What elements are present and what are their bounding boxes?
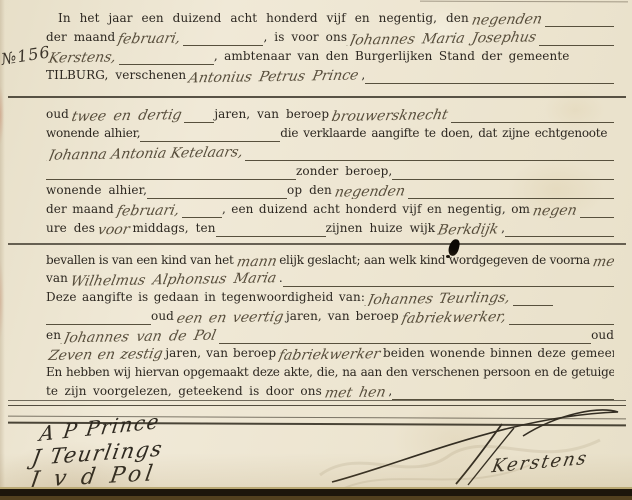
blank-rule xyxy=(46,166,296,180)
handwritten-text: februari, xyxy=(112,202,183,218)
document-line: Johanna Antonia Ketelaars, xyxy=(46,142,614,161)
printed-text: op den xyxy=(287,181,332,199)
handwritten-text: men xyxy=(588,254,614,269)
blank-rule xyxy=(509,311,614,325)
printed-text: en xyxy=(46,326,61,344)
blank-rule xyxy=(545,13,614,27)
document-line: Kerstens,, ambtenaar van den Burgerlijke… xyxy=(46,46,614,65)
handwritten-text: negenden xyxy=(467,11,546,27)
printed-text: gegeven de voorna xyxy=(479,251,590,269)
handwritten-text: mann xyxy=(232,254,281,269)
document-line: wonende alhier,die verklaarde aangifte t… xyxy=(46,123,614,142)
printed-text: beiden wonende binnen deze gemeente. xyxy=(383,344,614,362)
blank-rule xyxy=(184,109,214,123)
blank-rule xyxy=(183,32,263,46)
printed-text: oud xyxy=(151,307,174,325)
handwritten-text: voor xyxy=(93,222,134,237)
printed-text: bevallen is van een kind van het xyxy=(46,251,234,269)
printed-text: jaren, van beroep xyxy=(286,307,399,325)
printed-text: jaren, van beroep xyxy=(214,105,329,123)
document-line: der maandfebruari,, een duizend acht hon… xyxy=(46,199,614,218)
blank-rule xyxy=(513,292,553,306)
blank-rule xyxy=(392,166,614,180)
blank-rule xyxy=(119,51,214,65)
handwritten-text: Zeven en zestig xyxy=(46,346,167,362)
handwritten-text: fabriekwerker, xyxy=(397,309,510,325)
blank-rule xyxy=(580,204,614,218)
handwritten-text: Johanna Antonia Ketelaars, xyxy=(46,144,247,161)
document-line: En hebben wij hiervan opgemaakt deze akt… xyxy=(46,362,614,381)
blank-rule xyxy=(46,311,151,325)
printed-text: der maand xyxy=(46,28,115,46)
blank-rule xyxy=(182,204,222,218)
blank-rule xyxy=(451,109,614,123)
printed-text: , een duizend acht honderd vijf en negen… xyxy=(222,200,530,218)
handwritten-text: Johannes Teurlings, xyxy=(363,290,514,306)
printed-text: ure des xyxy=(46,219,95,237)
blank-rule xyxy=(245,147,614,161)
ink-blot-dot xyxy=(446,255,450,258)
printed-text: In het jaar een duizend acht honderd vij… xyxy=(58,9,469,27)
birth-certificate-scan: №156 In het jaar een duizend acht honder… xyxy=(0,0,632,500)
printed-text: der maand xyxy=(46,200,114,218)
document-line: wonende alhier,op dennegenden xyxy=(46,180,614,199)
page-bottom-shadow xyxy=(0,453,632,487)
printed-text: , ambtenaar van den Burgerlijken Stand d… xyxy=(214,47,570,65)
printed-text: van xyxy=(46,269,68,287)
blank-rule xyxy=(365,70,614,84)
document-line: Zeven en zestigjaren, van beroepfabriekw… xyxy=(46,343,614,362)
handwritten-text: negenden xyxy=(330,183,409,199)
document-line: bevallen is van een kind van hetmannelij… xyxy=(46,250,614,269)
handwritten-text: Johannes Maria Josephus xyxy=(345,29,541,46)
printed-text: zijnen huize wijk xyxy=(326,219,436,237)
blank-rule xyxy=(539,32,614,46)
printed-text: te zijn voorgelezen, geteekend is door o… xyxy=(46,382,322,400)
book-edge xyxy=(0,487,632,500)
section-divider xyxy=(8,243,626,245)
handwritten-text: Antonius Petrus Prince xyxy=(184,67,363,84)
printed-text: wonende alhier, xyxy=(46,124,140,142)
blank-rule xyxy=(219,330,591,344)
page-top-edge xyxy=(420,1,628,3)
document-line: ure desvoormiddags, tenzijnen huize wijk… xyxy=(46,218,614,237)
page-left-edge xyxy=(0,0,5,500)
handwritten-text: Johannes van de Pol xyxy=(59,328,220,344)
blank-rule xyxy=(408,185,614,199)
blank-rule xyxy=(216,223,326,237)
handwritten-text: Wilhelmus Alphonsus Maria xyxy=(66,270,281,287)
printed-text: , is voor ons xyxy=(263,28,347,46)
printed-text: TILBURG, verschenen xyxy=(46,66,186,84)
printed-text: wonende alhier, xyxy=(46,181,147,199)
document-line: oudeen en veertigjaren, van beroepfabrie… xyxy=(46,306,614,325)
section-divider xyxy=(8,96,626,98)
document-line: oudtwee en dertigjaren, van beroepbrouwe… xyxy=(46,104,614,123)
handwritten-text: Kerstens, xyxy=(46,49,121,65)
blank-rule xyxy=(140,128,280,142)
printed-text: jaren, van beroep xyxy=(165,344,276,362)
printed-text: oud xyxy=(591,326,614,344)
handwritten-text: Berkdijk xyxy=(433,221,502,237)
handwritten-text: februari, xyxy=(114,30,185,46)
document-line: In het jaar een duizend acht honderd vij… xyxy=(58,8,614,27)
blank-rule xyxy=(283,273,614,287)
handwritten-text: twee en dertig xyxy=(67,107,186,123)
handwritten-text: brouwersknecht xyxy=(327,107,452,123)
document-line: zonder beroep, xyxy=(46,161,614,180)
handwritten-text: een en veertig xyxy=(172,309,288,325)
printed-text: zonder beroep, xyxy=(296,162,392,180)
printed-text: En hebben wij hiervan opgemaakt deze akt… xyxy=(46,363,614,381)
printed-text: middags, ten xyxy=(133,219,216,237)
handwritten-text: fabriekwerker xyxy=(274,346,384,362)
printed-text: die verklaarde aangifte te doen, dat zij… xyxy=(280,124,607,142)
printed-text: Deze aangifte is gedaan in tegenwoordigh… xyxy=(46,288,365,306)
document-line: enJohannes van de Poloud xyxy=(46,325,614,344)
act-number: №156 xyxy=(0,42,52,69)
blank-rule xyxy=(505,223,614,237)
document-line: der maandfebruari,, is voor onsJohannes … xyxy=(46,27,614,46)
document-line: TILBURG, verschenenAntonius Petrus Princ… xyxy=(46,65,614,84)
blank-rule xyxy=(147,185,287,199)
handwritten-text: negen xyxy=(528,203,581,218)
document-line: vanWilhelmus Alphonsus Maria. xyxy=(46,268,614,287)
printed-text: oud xyxy=(46,105,69,123)
document-line: Deze aangifte is gedaan in tegenwoordigh… xyxy=(46,287,614,306)
